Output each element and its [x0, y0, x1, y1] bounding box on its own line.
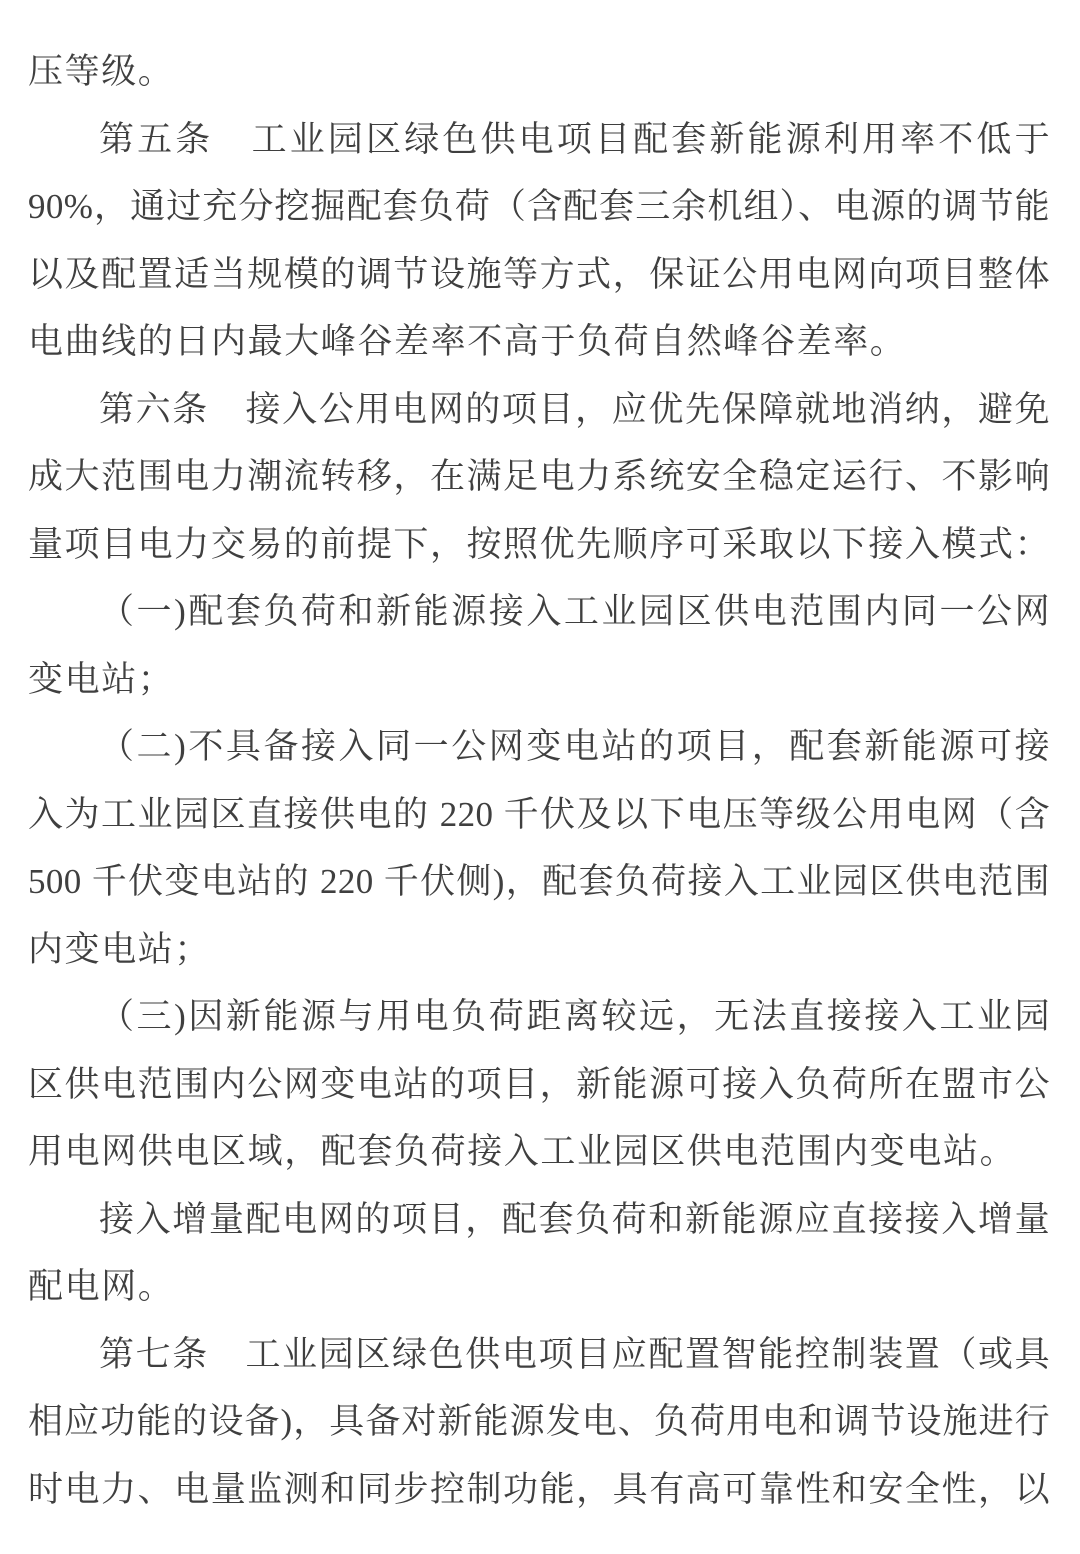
text-line: 90%，通过充分挖掘配套负荷（含配套三余机组）、电源的调节能力: [28, 173, 1050, 241]
text-line: 区供电范围内公网变电站的项目，新能源可接入负荷所在盟市公: [28, 1051, 1050, 1119]
text-line: 以及配置适当规模的调节设施等方式，保证公用电网向项目整体供: [28, 241, 1050, 309]
text-line-article-6-heading: 第六条 接入公用电网的项目，应优先保障就地消纳，避免造: [28, 376, 1050, 444]
text-line: 成大范围电力潮流转移，在满足电力系统安全稳定运行、不影响存: [28, 443, 1050, 511]
document-page: 压等级。 第五条 工业园区绿色供电项目配套新能源利用率不低于 90%，通过充分挖…: [0, 0, 1080, 1554]
text-line: 量项目电力交易的前提下，按照优先顺序可采取以下接入模式：: [28, 511, 1050, 579]
text-line: 电曲线的日内最大峰谷差率不高于负荷自然峰谷差率。: [28, 308, 1050, 376]
text-line: 变电站；: [28, 646, 1050, 714]
text-line: 500 千伏变电站的 220 千伏侧)，配套负荷接入工业园区供电范围: [28, 848, 1050, 916]
text-line-item-2: （二)不具备接入同一公网变电站的项目，配套新能源可接: [28, 713, 1050, 781]
text-line: 用电网供电区域，配套负荷接入工业园区供电范围内变电站。: [28, 1118, 1050, 1186]
text-line-article-7-heading: 第七条 工业园区绿色供电项目应配置智能控制装置（或具备: [28, 1321, 1050, 1389]
text-line-article-5-heading: 第五条 工业园区绿色供电项目配套新能源利用率不低于: [28, 106, 1050, 174]
text-line: 入为工业园区直接供电的 220 千伏及以下电压等级公用电网（含: [28, 781, 1050, 849]
text-line: 接入增量配电网的项目，配套负荷和新能源应直接接入增量: [28, 1186, 1050, 1254]
text-line: 压等级。: [28, 38, 1050, 106]
text-line-item-3: （三)因新能源与用电负荷距离较远，无法直接接入工业园: [28, 983, 1050, 1051]
text-line: 内变电站；: [28, 916, 1050, 984]
text-line: 相应功能的设备)，具备对新能源发电、负荷用电和调节设施进行实: [28, 1388, 1050, 1456]
text-line: 时电力、电量监测和同步控制功能，具有高可靠性和安全性，以及: [28, 1456, 1050, 1524]
text-line: 配电网。: [28, 1253, 1050, 1321]
text-line-item-1: （一)配套负荷和新能源接入工业园区供电范围内同一公网: [28, 578, 1050, 646]
